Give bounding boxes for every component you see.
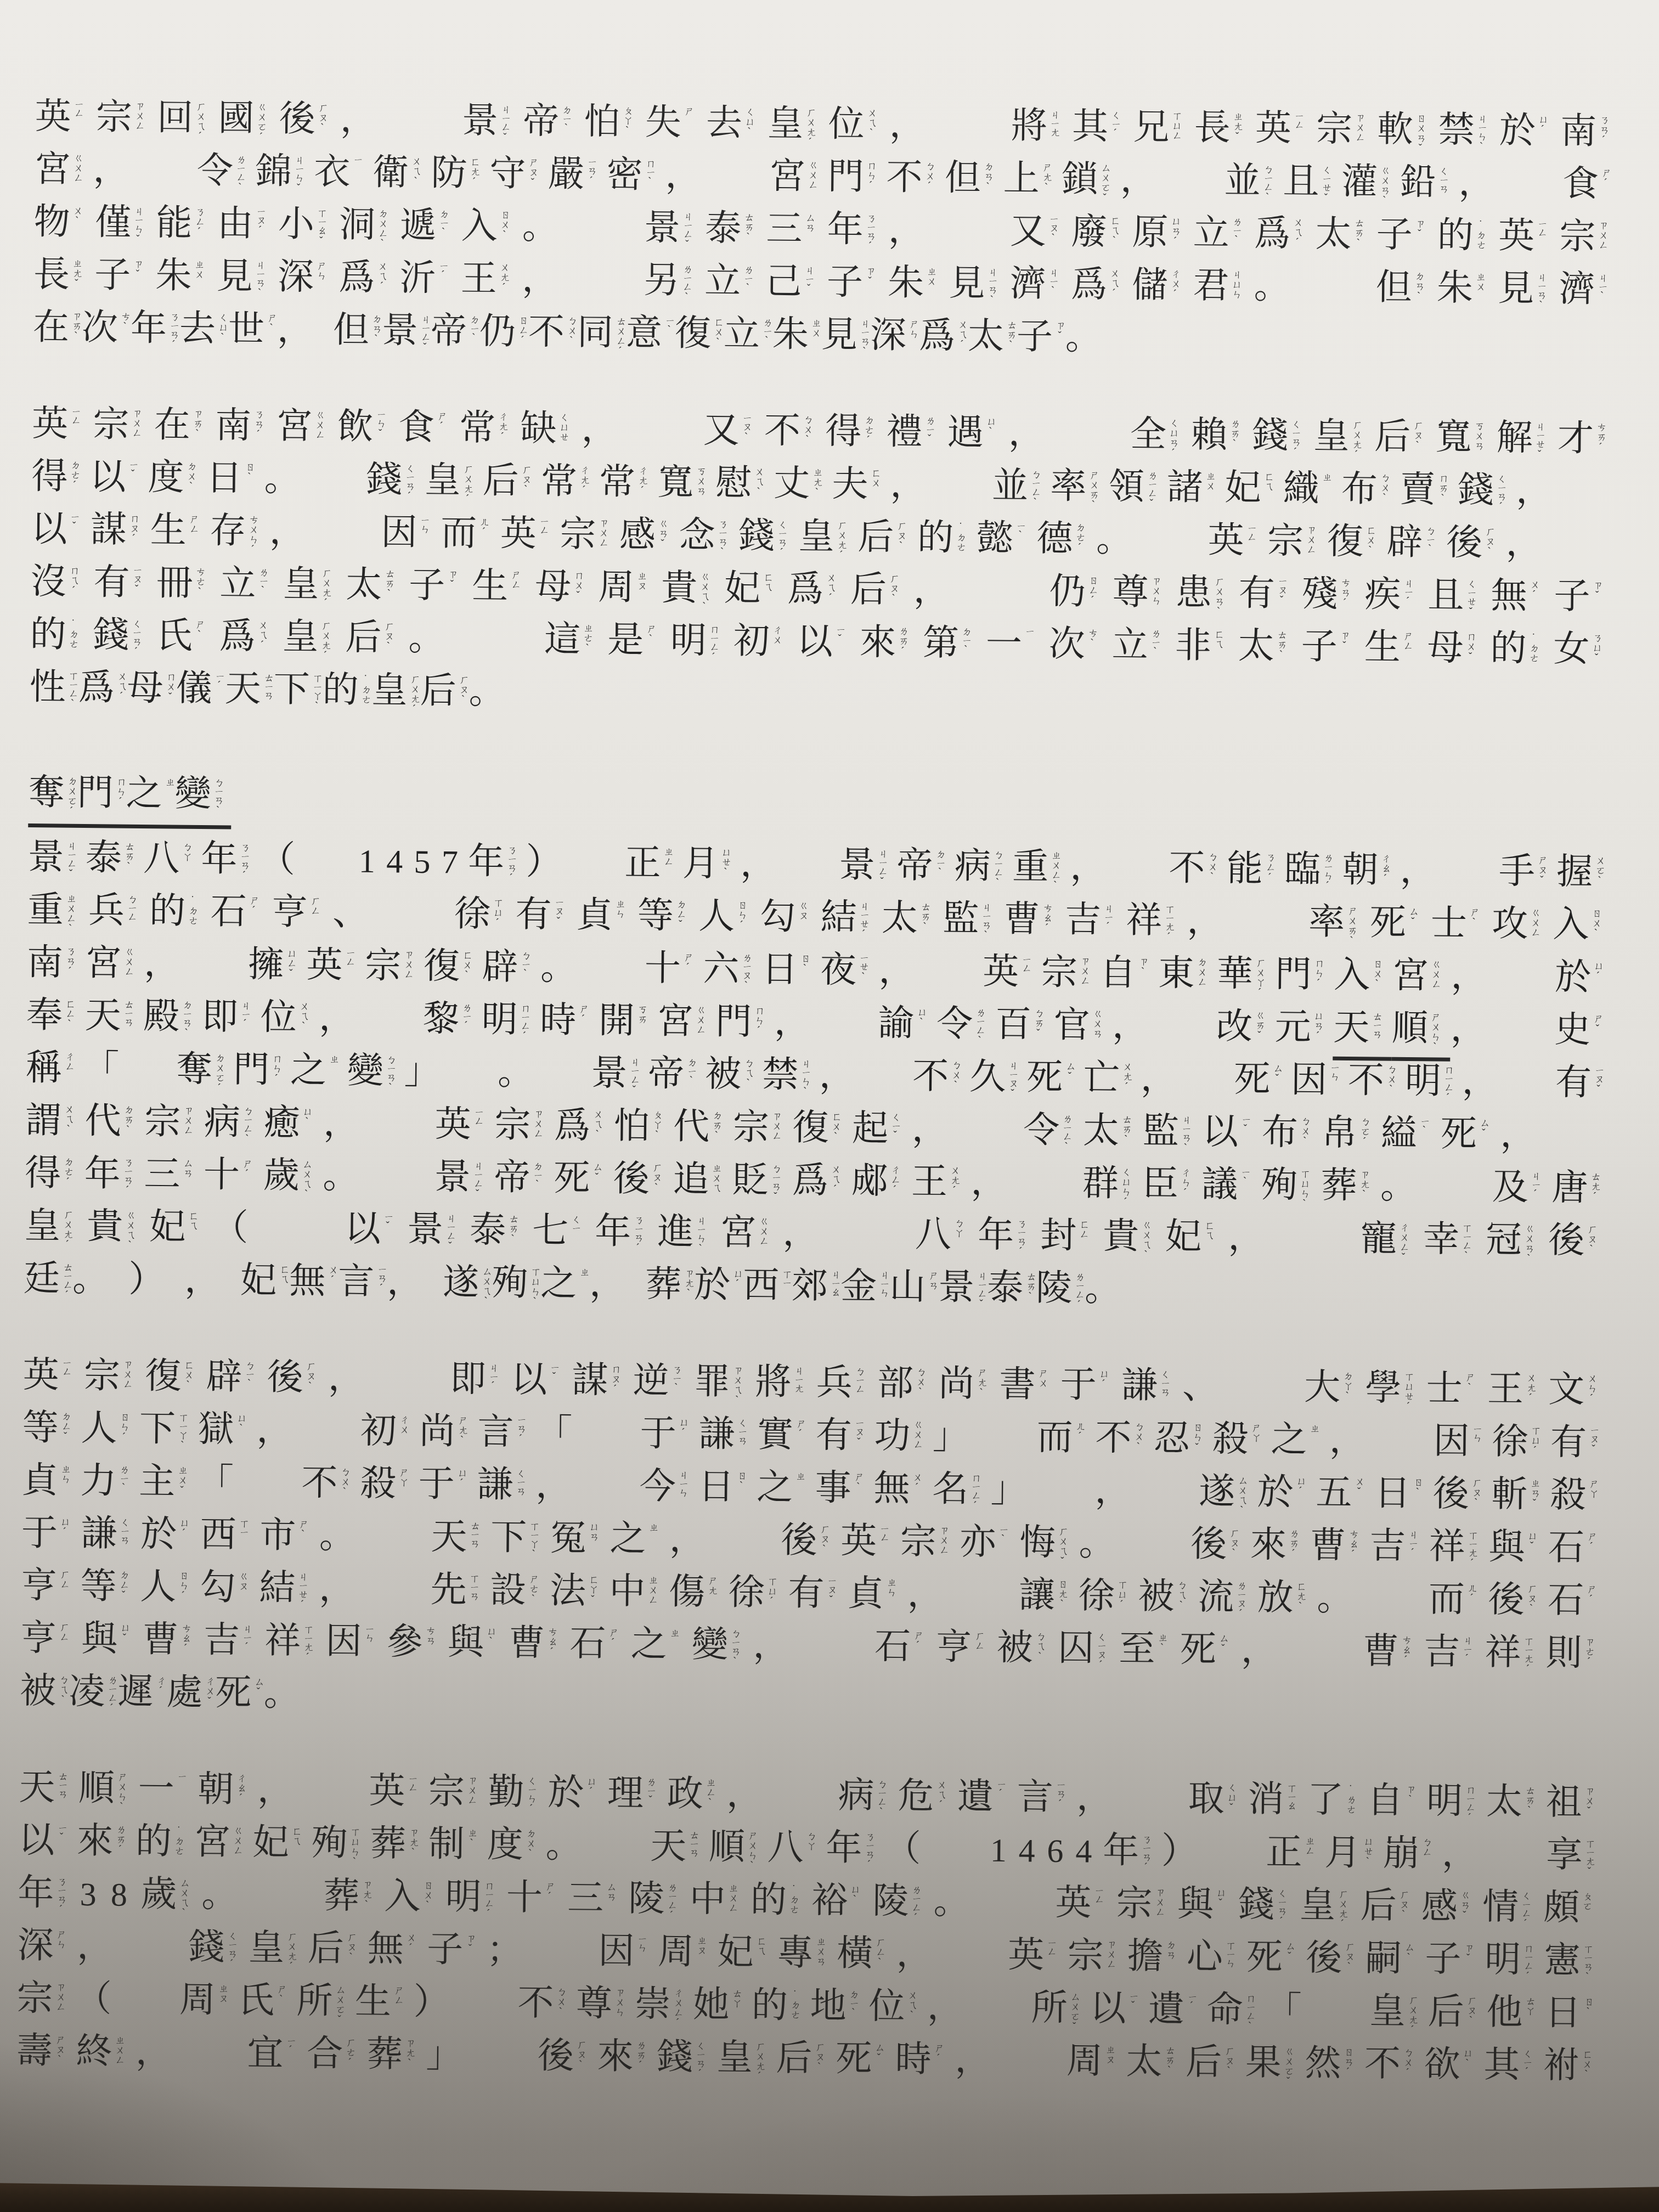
- zhuyin-annotation: ㄕㄡˇ: [1535, 854, 1548, 900]
- hanzi-glyph: 其: [1483, 2045, 1520, 2086]
- char-cell: 禁ㄐㄧㄣˋ: [1438, 110, 1499, 160]
- hanzi-glyph: 英: [22, 1355, 59, 1396]
- zhuyin-annotation: ㄓㄡ: [1103, 2044, 1115, 2090]
- zhuyin-annotation: ㄑㄩˇ: [1224, 1782, 1237, 1828]
- char-cell: 葬ㄗㄤˋ: [366, 2034, 426, 2084]
- hanzi-glyph: 於: [548, 1773, 584, 1814]
- zhuyin-annotation: ㄅㄧㄢˋ: [211, 777, 224, 823]
- char-cell: 亨ㄏㄥ: [20, 1618, 82, 1668]
- zhuyin-annotation: ㄏㄡˋ: [817, 1523, 830, 1570]
- char-cell: 仍ㄖㄥˊ: [1049, 572, 1113, 621]
- zhuyin-annotation: ㄎㄨㄢ: [1472, 420, 1485, 466]
- zhuyin-annotation: ㄏㄨㄟˊ: [194, 101, 206, 147]
- zhuyin-annotation: ㄖˋ: [735, 1470, 747, 1516]
- char-cell: 囚ㄑㄧㄡˊ: [1058, 1628, 1119, 1678]
- zhuyin-annotation: ㄕㄚ: [1249, 1422, 1261, 1468]
- zhuyin-annotation: ㄕㄥ: [1401, 630, 1413, 676]
- hanzi-glyph: 景: [462, 100, 499, 142]
- zhuyin-annotation: ˙ㄉㄜ: [186, 894, 199, 940]
- char-cell: ，: [1450, 1009, 1554, 1051]
- char-cell: ，: [740, 844, 839, 885]
- hanzi-glyph: 景: [839, 845, 876, 886]
- hanzi-glyph: 于: [640, 1414, 676, 1455]
- zhuyin-annotation: ㄏㄡˋ: [1227, 1527, 1240, 1573]
- zhuyin-annotation: ㄗㄨㄥ: [769, 1110, 782, 1156]
- hanzi-glyph: 后: [420, 671, 456, 712]
- zhuyin-annotation: ㄅㄧˋ: [518, 950, 531, 996]
- char-cell: 亨ㄏㄥ: [20, 1566, 80, 1615]
- char-cell: 后ㄏㄡˋ: [482, 461, 541, 510]
- hanzi-glyph: 遇: [947, 413, 984, 454]
- char-cell: 順ㄕㄨㄣˋ: [1391, 1008, 1451, 1062]
- zhuyin-annotation: ㄖㄣˊ: [117, 1412, 130, 1458]
- hanzi-glyph: 英: [1008, 1935, 1045, 1976]
- hanzi-glyph: 。: [1065, 317, 1102, 358]
- hanzi-glyph: 死: [1180, 1629, 1216, 1671]
- char-cell: 殺ㄕㄚ: [1550, 1475, 1609, 1525]
- char-cell: 人ㄖㄣˊ: [140, 1567, 200, 1616]
- hanzi-glyph: 日: [1374, 1474, 1411, 1515]
- hanzi-glyph: 「: [1265, 1990, 1302, 2032]
- char-cell: 死ㄙˇ: [1026, 1057, 1084, 1107]
- hanzi-glyph: 。: [264, 459, 301, 500]
- zhuyin-annotation: ㄕˋ: [274, 1983, 287, 2029]
- hanzi-glyph: 被: [996, 1628, 1033, 1669]
- zhuyin-annotation: ㄅㄨˋ: [800, 414, 813, 460]
- zhuyin-annotation: ㄓㄨㄥˋ: [64, 893, 76, 939]
- hanzi-glyph: 後: [1488, 1580, 1525, 1621]
- hanzi-glyph: 中: [609, 1571, 646, 1612]
- char-cell: 諸ㄓㄨ: [1166, 467, 1225, 517]
- hanzi-glyph: 有: [788, 1573, 825, 1614]
- hanzi-glyph: ）: [1161, 1831, 1198, 1872]
- hanzi-glyph: 禁: [762, 1055, 799, 1096]
- zhuyin-annotation: ㄕㄨㄣˋ: [1428, 1011, 1441, 1057]
- hanzi-glyph: ，: [740, 844, 777, 885]
- hanzi-glyph: 宗: [428, 1771, 465, 1813]
- hanzi-glyph: 禁: [1438, 110, 1475, 151]
- char-cell: ，: [1442, 1834, 1547, 1876]
- hanzi-glyph: ，: [256, 1410, 293, 1451]
- zhuyin-annotation: ㄧㄥ: [59, 1358, 72, 1404]
- zhuyin-annotation: ㄔㄨㄥˇ: [1397, 1222, 1409, 1268]
- char-cell: 意ㄧˋ: [625, 313, 675, 362]
- hanzi-glyph: 不: [1169, 848, 1205, 889]
- hanzi-glyph: 被: [705, 1054, 742, 1096]
- char-cell: 母ㄇㄨˇ: [127, 668, 176, 718]
- hanzi-glyph: 貶: [732, 1160, 769, 1201]
- hanzi-glyph: 之: [540, 1263, 577, 1305]
- zhuyin-annotation: ㄐㄧㄡˇ: [1006, 1060, 1019, 1106]
- char-cell: 貴ㄍㄨㄟˋ: [661, 568, 725, 617]
- hanzi-glyph: 遂: [443, 1262, 479, 1304]
- char-cell: 結ㄐㄧㄝˊ: [259, 1568, 319, 1617]
- char-cell: ，: [890, 465, 992, 506]
- zhuyin-annotation: ㄖˋ: [1582, 1996, 1594, 2042]
- hanzi-glyph: 葬: [1321, 1166, 1357, 1207]
- char-cell: ，: [387, 1262, 424, 1303]
- zhuyin-annotation: ㄩㄝˋ: [1361, 1836, 1374, 1882]
- hanzi-glyph: 之: [757, 1468, 793, 1509]
- zhuyin-annotation: ㄐㄩㄣ: [1229, 269, 1242, 315]
- char-cell: 於ㄩˊ: [548, 1773, 607, 1822]
- hanzi-glyph: 由: [217, 204, 253, 245]
- hanzi-glyph: 變: [174, 774, 211, 815]
- char-cell: 封ㄈㄥ: [1040, 1216, 1103, 1265]
- zhuyin-annotation: ㄗㄨㄥ: [132, 100, 145, 146]
- hanzi-glyph: 上: [1003, 159, 1040, 200]
- char-cell: 英ㄧㄥ: [35, 97, 96, 146]
- char-cell: 徐ㄒㄩˊ: [1078, 1576, 1138, 1625]
- zhuyin-annotation: ㄒㄧㄥˋ: [1459, 1222, 1472, 1268]
- hanzi-glyph: 皇: [1369, 1991, 1406, 2033]
- zhuyin-annotation: ㄧˇ: [126, 460, 139, 506]
- hanzi-glyph: 貞: [848, 1573, 884, 1615]
- char-cell: 山ㄕㄢ: [889, 1267, 939, 1316]
- zhuyin-annotation: ㄩˊ: [731, 1268, 743, 1314]
- char-cell: 英ㄧㄥ: [22, 1355, 84, 1404]
- zhuyin-annotation: ㄇㄧㄥˊ: [969, 1472, 981, 1518]
- hanzi-glyph: 祥: [1429, 1527, 1465, 1568]
- hanzi-glyph: 病: [204, 1102, 241, 1143]
- zhuyin-annotation: ㄕㄡˋ: [53, 2034, 65, 2080]
- hanzi-glyph: 立: [1111, 625, 1148, 666]
- char-cell: ，: [665, 155, 769, 197]
- zhuyin-annotation: ㄙˇ: [590, 1161, 603, 1207]
- hanzi-glyph: 曹: [1003, 899, 1040, 940]
- zhuyin-annotation: ㄐㄧˊ: [1406, 1529, 1419, 1575]
- zhuyin-annotation: ㄧㄢˊ: [585, 157, 597, 204]
- hanzi-glyph: 病: [838, 1775, 874, 1816]
- char-cell: 天ㄊㄧㄢ: [1333, 1008, 1392, 1061]
- desk-edge: [0, 2177, 1659, 2212]
- char-cell: 年ㄋㄧㄢˊ: [827, 210, 888, 259]
- zhuyin-annotation: ㄗㄨㄥ: [531, 1108, 544, 1154]
- zhuyin-annotation: ㄈㄟ: [277, 1263, 290, 1310]
- char-cell: ，: [1070, 847, 1169, 889]
- zhuyin-annotation: ㄧㄡˊ: [253, 207, 266, 253]
- char-cell: 貞ㄓㄣ: [848, 1573, 907, 1623]
- hanzi-glyph: 辟: [206, 1357, 242, 1398]
- char-cell: ，: [93, 150, 197, 191]
- hanzi-glyph: 門: [233, 1050, 270, 1091]
- zhuyin-annotation: ㄕˊ: [543, 1881, 555, 1927]
- char-cell: 宗ㄗㄨㄥ: [83, 1356, 145, 1405]
- hanzi-glyph: 疾: [1364, 574, 1401, 616]
- hanzi-glyph: 死: [1440, 1114, 1477, 1155]
- zhuyin-annotation: ㄧㄡˇ: [825, 1576, 837, 1622]
- hanzi-glyph: 5: [413, 841, 432, 883]
- char-cell: （: [884, 1829, 989, 1870]
- zhuyin-annotation: ㄧˇ: [381, 1212, 393, 1258]
- hanzi-glyph: 在: [33, 307, 70, 348]
- hanzi-glyph: 怕: [584, 102, 620, 143]
- hanzi-glyph: 周: [1066, 2041, 1103, 2082]
- hanzi-glyph: 帝: [523, 101, 560, 143]
- hanzi-glyph: 洞: [339, 205, 376, 246]
- zhuyin-annotation: ㄏㄨㄤˊ: [1406, 1994, 1419, 2040]
- char-cell: 祥ㄒㄧㄤˊ: [264, 1621, 326, 1670]
- char-cell: 密ㄇㄧˋ: [606, 155, 665, 204]
- char-cell: 一ㄧ: [985, 624, 1049, 673]
- zhuyin-annotation: ㄊㄧㄢ: [55, 1771, 68, 1817]
- hanzi-glyph: 后: [1427, 1992, 1464, 2033]
- zhuyin-annotation: ㄨˊ: [326, 1264, 338, 1310]
- zhuyin-annotation: ㄙㄨㄛˇ: [1098, 162, 1111, 208]
- char-cell: 另ㄌㄧㄥˋ: [644, 261, 705, 310]
- hanzi-glyph: 悔: [1019, 1522, 1056, 1564]
- hanzi-glyph: 然: [1305, 2043, 1341, 2084]
- zhuyin-annotation: ㄊㄞˋ: [506, 1213, 519, 1259]
- zhuyin-annotation: ㄗˇ: [464, 1933, 476, 1979]
- hanzi-glyph: 及: [1492, 1167, 1528, 1209]
- zhuyin-annotation: ㄒㄧㄚˋ: [310, 673, 323, 719]
- char-cell: ，: [753, 1626, 875, 1667]
- hanzi-glyph: 母: [127, 668, 163, 709]
- hanzi-glyph: 物: [33, 202, 70, 243]
- hanzi-glyph: 南: [1560, 111, 1597, 153]
- zhuyin-annotation: ㄏㄡˋ: [887, 573, 900, 619]
- zhuyin-annotation: ㄏㄥ: [57, 1569, 70, 1615]
- hanzi-glyph: 郕: [851, 1161, 888, 1202]
- hanzi-glyph: 變: [347, 1051, 384, 1092]
- zhuyin-annotation: ㄓ: [577, 1267, 590, 1313]
- zhuyin-annotation: ㄕˊ: [247, 895, 259, 941]
- char-cell: 被ㄅㄟˋ: [1138, 1576, 1198, 1626]
- char-cell: 廢ㄈㄟˋ: [1071, 212, 1132, 261]
- char-cell: 。: [1254, 266, 1376, 308]
- hanzi-glyph: 后: [1374, 416, 1411, 458]
- char-cell: 逆ㄋㄧˋ: [633, 1361, 694, 1410]
- char-cell: 死ㄙˇ: [1440, 1114, 1500, 1164]
- char-cell: 下ㄒㄧㄚˋ: [139, 1409, 199, 1458]
- char-cell: 年ㄋㄧㄢˊ: [826, 1828, 885, 1877]
- hanzi-glyph: 理: [607, 1773, 644, 1814]
- zhuyin-annotation: ㄒㄧㄠ: [1284, 1782, 1297, 1829]
- zhuyin-annotation: ㄅㄧㄥˋ: [240, 1105, 253, 1152]
- zhuyin-annotation: ㄘㄢˊ: [1338, 577, 1351, 623]
- char-cell: 1: [989, 1830, 1018, 1871]
- char-cell: ，: [1008, 413, 1131, 455]
- char-cell: 太ㄊㄞˋ: [346, 565, 409, 614]
- hanzi-glyph: ，: [144, 944, 180, 985]
- hanzi-glyph: 見: [1498, 269, 1534, 310]
- hanzi-glyph: 石: [874, 1627, 911, 1668]
- char-cell: 於ㄩˊ: [1499, 111, 1561, 160]
- hanzi-glyph: 的: [322, 670, 359, 711]
- char-cell: 。: [408, 618, 544, 660]
- zhuyin-annotation: ㄧˊ: [1185, 1992, 1198, 2038]
- char-cell: 然ㄖㄢˊ: [1305, 2043, 1364, 2092]
- char-cell: 兵ㄅㄧㄥ: [88, 890, 150, 940]
- char-cell: ，: [256, 1410, 360, 1452]
- hanzi-glyph: ，: [340, 99, 377, 140]
- char-cell: 位ㄨㄟˋ: [868, 1987, 928, 2036]
- char-cell: 祖ㄗㄨˇ: [1545, 1782, 1605, 1832]
- hanzi-glyph: 石: [569, 1623, 606, 1664]
- char-cell: 監ㄐㄧㄢˋ: [943, 899, 1004, 948]
- hanzi-glyph: 衛: [373, 153, 409, 194]
- hanzi-glyph: 市: [259, 1515, 296, 1556]
- char-cell: 至ㄓˋ: [1119, 1629, 1180, 1678]
- char-cell: 門ㄇㄣˊ: [77, 773, 126, 822]
- char-cell: 其ㄑㄧˊ: [1483, 2045, 1543, 2095]
- hanzi-glyph: 回: [157, 98, 194, 139]
- zhuyin-annotation: ㄌㄧㄥˋ: [973, 1007, 986, 1053]
- hanzi-glyph: 。: [545, 1825, 582, 1866]
- hanzi-glyph: 太: [882, 898, 918, 939]
- char-cell: 臨ㄌㄧㄣˊ: [1284, 849, 1342, 899]
- char-cell: 追ㄓㄨㄟ: [673, 1159, 732, 1209]
- hanzi-glyph: 時: [895, 2039, 932, 2080]
- char-cell: 小ㄒㄧㄠˇ: [278, 204, 339, 253]
- hanzi-glyph: 世: [228, 309, 265, 350]
- hanzi-glyph: 設: [490, 1570, 527, 1611]
- zhuyin-annotation: ㄅㄨˋ: [565, 315, 577, 361]
- char-cell: 皇ㄏㄨㄤˊ: [1313, 416, 1374, 465]
- hanzi-glyph: 華: [1216, 954, 1253, 995]
- char-cell: 僅ㄐㄧㄣˇ: [95, 202, 156, 252]
- zhuyin-annotation: ˙ㄉㄜ: [1527, 631, 1539, 678]
- zhuyin-annotation: ㄗㄨㄥ: [1153, 1887, 1165, 1933]
- zhuyin-annotation: ㄌㄧㄥˊ: [1073, 1271, 1085, 1317]
- char-cell: ，: [522, 259, 644, 301]
- hanzi-glyph: 殿: [143, 996, 180, 1037]
- zhuyin-annotation: ㄗㄨㄥ: [402, 949, 414, 995]
- hanzi-glyph: 妃: [149, 1207, 186, 1248]
- zhuyin-annotation: ㄐㄧˇ: [802, 264, 815, 311]
- hanzi-glyph: ，: [955, 2040, 991, 2081]
- hanzi-glyph: 殺: [1550, 1475, 1587, 1516]
- hanzi-glyph: 朱: [155, 256, 192, 297]
- char-cell: 皇ㄏㄨㄤˊ: [716, 2038, 776, 2087]
- hanzi-glyph: 。: [264, 1673, 301, 1714]
- char-cell: 順ㄕㄨㄣˋ: [78, 1768, 138, 1818]
- char-cell: ，: [1400, 850, 1499, 892]
- char-cell: 景ㄐㄧㄥˇ: [938, 1267, 988, 1317]
- zhuyin-annotation: ㄍㄨㄥ: [693, 1005, 706, 1051]
- char-cell: 衣ㄧ: [314, 152, 373, 201]
- zhuyin-annotation: ㄗㄨㄥ: [1077, 955, 1090, 1001]
- char-cell: 。: [264, 1673, 301, 1714]
- hanzi-glyph: 立: [724, 314, 760, 355]
- hanzi-glyph: 臣: [1142, 1164, 1178, 1205]
- hanzi-glyph: 南: [26, 943, 63, 984]
- hanzi-glyph: 年: [827, 210, 864, 251]
- hanzi-glyph: 因: [325, 1621, 362, 1662]
- hanzi-glyph: 軟: [1377, 109, 1414, 150]
- paragraph-empress-qian: 英ㄧㄥ宗ㄗㄨㄥ在ㄗㄞˋ南ㄋㄢˊ宮ㄍㄨㄥ飲ㄧㄣˇ食ㄕˊ常ㄔㄤˊ缺ㄑㄩㄝ，又ㄧㄡˋ不…: [29, 404, 1618, 735]
- zhuyin-annotation: ㄧ: [351, 155, 363, 201]
- hanzi-glyph: 八: [915, 1214, 952, 1255]
- hanzi-glyph: ，: [911, 1109, 948, 1150]
- zhuyin-annotation: ㄩˊ: [676, 1417, 689, 1463]
- zhuyin-annotation: ㄈㄥˋ: [63, 998, 75, 1045]
- char-cell: 子ㄗˇ: [409, 566, 472, 615]
- char-cell: ，: [319, 1568, 431, 1610]
- hanzi-glyph: 縊: [1381, 1114, 1418, 1155]
- zhuyin-annotation: ㄑㄧㄢˊ: [775, 519, 788, 565]
- zhuyin-annotation: ㄋㄧㄢˊ: [1014, 1218, 1027, 1264]
- hanzi-glyph: 母: [535, 567, 572, 608]
- hanzi-glyph: 。: [408, 618, 445, 659]
- char-cell: 處ㄔㄨˇ: [166, 1672, 216, 1722]
- zhuyin-annotation: ㄧㄣ: [362, 1624, 375, 1671]
- hanzi-glyph: 之: [126, 774, 162, 815]
- hanzi-glyph: ，: [581, 409, 618, 450]
- char-cell: 南ㄋㄢˊ: [215, 405, 276, 455]
- zhuyin-annotation: ㄖˋ: [1411, 1476, 1424, 1522]
- char-cell: 。: [201, 1875, 323, 1916]
- zhuyin-annotation: ㄐㄧㄝˊ: [296, 1571, 308, 1617]
- char-cell: 錢ㄑㄧㄢˊ: [93, 615, 156, 664]
- zhuyin-annotation: ㄇㄣˊ: [1312, 957, 1324, 1003]
- char-cell: 貴ㄍㄨㄟˋ: [87, 1206, 150, 1256]
- char-cell: （: [258, 839, 358, 881]
- zhuyin-annotation: ㄕㄨㄣˋ: [745, 1830, 758, 1876]
- hanzi-glyph: ，: [1442, 1834, 1479, 1875]
- char-cell: 金ㄐㄧㄣ: [840, 1266, 890, 1316]
- hanzi-glyph: 皇: [798, 516, 835, 557]
- zhuyin-annotation: ㄉㄨㄥ: [1195, 956, 1207, 1002]
- zhuyin-annotation: ㄔㄤˊ: [496, 411, 509, 457]
- hanzi-glyph: 殺: [360, 1464, 397, 1505]
- hanzi-glyph: 景: [938, 1267, 975, 1308]
- zhuyin-annotation: ㄕㄨㄞˋ: [1345, 905, 1358, 951]
- hanzi-glyph: ）: [128, 1260, 165, 1301]
- hanzi-glyph: 防: [431, 153, 467, 194]
- char-cell: 悔ㄏㄨㄟˇ: [1019, 1522, 1079, 1572]
- zhuyin-annotation: ㄕㄢ: [926, 1270, 939, 1316]
- char-cell: 寵ㄔㄨㄥˇ: [1360, 1218, 1423, 1268]
- hanzi-glyph: 囚: [1058, 1628, 1094, 1669]
- zhuyin-annotation: ㄊㄞˋ: [382, 568, 395, 614]
- char-cell: 命ㄇㄧㄥˋ: [1206, 1990, 1266, 2039]
- char-cell: 沒ㄇㄟˊ: [30, 562, 94, 611]
- zhuyin-annotation: ㄌㄞˋ: [1228, 418, 1240, 464]
- char-cell: 子ㄗˇ: [1016, 317, 1065, 366]
- hanzi-glyph: 但: [1375, 267, 1412, 308]
- hanzi-glyph: 女: [1553, 629, 1590, 670]
- zhuyin-annotation: ㄗㄨㄥ: [1596, 219, 1609, 266]
- char-cell: 有ㄧㄡˇ: [1238, 573, 1302, 623]
- hanzi-glyph: 書: [999, 1364, 1036, 1406]
- zhuyin-annotation: ㄇㄣˊ: [270, 1053, 283, 1099]
- zhuyin-annotation: ㄨㄟˋ: [905, 1989, 918, 2035]
- hanzi-glyph: （: [884, 1829, 921, 1870]
- char-cell: 十ㄕˊ: [506, 1877, 567, 1927]
- zhuyin-annotation: ㄘㄠˊ: [1040, 902, 1053, 949]
- char-cell: 1: [358, 840, 386, 882]
- zhuyin-annotation: ㄧㄥ: [71, 100, 84, 146]
- char-cell: 擁ㄩㄥˇ: [247, 945, 307, 994]
- hanzi-glyph: 英: [983, 952, 1019, 993]
- zhuyin-annotation: ㄕˊ: [681, 951, 693, 997]
- hanzi-glyph: 奪: [28, 772, 65, 814]
- hanzi-glyph: 小: [278, 204, 315, 245]
- hanzi-glyph: 其: [1072, 106, 1109, 148]
- hanzi-glyph: 開: [599, 1001, 635, 1042]
- zhuyin-annotation: ㄖㄨㄢˇ: [1414, 112, 1426, 159]
- hanzi-glyph: 久: [969, 1057, 1006, 1098]
- char-cell: 英ㄧㄥ: [1055, 1883, 1116, 1932]
- char-cell: 濟ㄐㄧˋ: [1559, 269, 1620, 319]
- char-cell: 奉ㄈㄥˋ: [26, 995, 85, 1045]
- hanzi-glyph: 是: [607, 620, 644, 661]
- zhuyin-annotation: ㄈㄟˋ: [1108, 215, 1120, 261]
- zhuyin-annotation: ㄙˇ: [1477, 1117, 1489, 1163]
- hanzi-glyph: 后: [482, 461, 519, 502]
